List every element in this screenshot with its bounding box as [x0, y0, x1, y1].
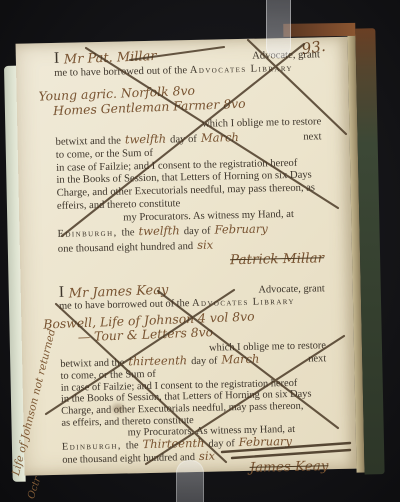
form-initial: I — [59, 287, 65, 299]
the-label: the — [121, 227, 134, 240]
edinburgh-label: Edinburgh, — [57, 228, 117, 242]
cover-corner-rust — [283, 23, 355, 37]
photo-background: 93. I Mr Pat. Millar Advocate, grant me … — [0, 0, 400, 502]
book: 93. I Mr Pat. Millar Advocate, grant me … — [3, 30, 384, 480]
signed-month: February — [214, 223, 268, 237]
next-label: next — [303, 131, 322, 144]
due-month: March — [201, 131, 239, 145]
next-label: next — [308, 353, 326, 365]
borrower-name: Mr Pat. Millar — [64, 51, 157, 67]
book-titles: Boswell, Life of Johnson 4 vol 8vo — Tou… — [43, 307, 326, 346]
page-holder-clip-top — [266, 0, 291, 58]
signed-month: February — [239, 436, 293, 449]
ink-smudge — [112, 404, 124, 413]
form-initial: I — [54, 53, 60, 66]
ledger-page: 93. I Mr Pat. Millar Advocate, grant me … — [16, 37, 357, 476]
borrow-entry-2: I Mr James Keay Advocate, grant me to ha… — [59, 281, 329, 479]
betwixt-prefix: betwixt and the — [55, 135, 121, 149]
edinburgh-label: Edinburgh, — [62, 441, 122, 454]
book-titles: Young agric. Norfolk 8vo Homes Gentleman… — [38, 78, 321, 119]
borrower-name: Mr James Keay — [69, 285, 169, 301]
advocate-grant-label: Advocate, grant — [258, 283, 325, 296]
signed-day: twelfth — [138, 224, 179, 238]
the-label: the — [126, 440, 139, 452]
page-holder-clip-bottom — [176, 460, 204, 502]
year-word: six — [197, 239, 213, 252]
borrow-entry-1: I Mr Pat. Millar Advocate, grant me to h… — [54, 47, 325, 270]
day-of-label: day of — [170, 134, 197, 147]
due-month: March — [221, 354, 259, 366]
signed-day: Thirteenth — [142, 438, 204, 451]
day-of-label: day of — [191, 356, 218, 368]
library-name: Advocates Library — [190, 63, 293, 76]
due-day: twelfth — [125, 132, 166, 146]
due-day: thirteenth — [128, 355, 187, 368]
year-word: six — [199, 450, 215, 462]
library-name: Advocates Library — [192, 296, 295, 309]
